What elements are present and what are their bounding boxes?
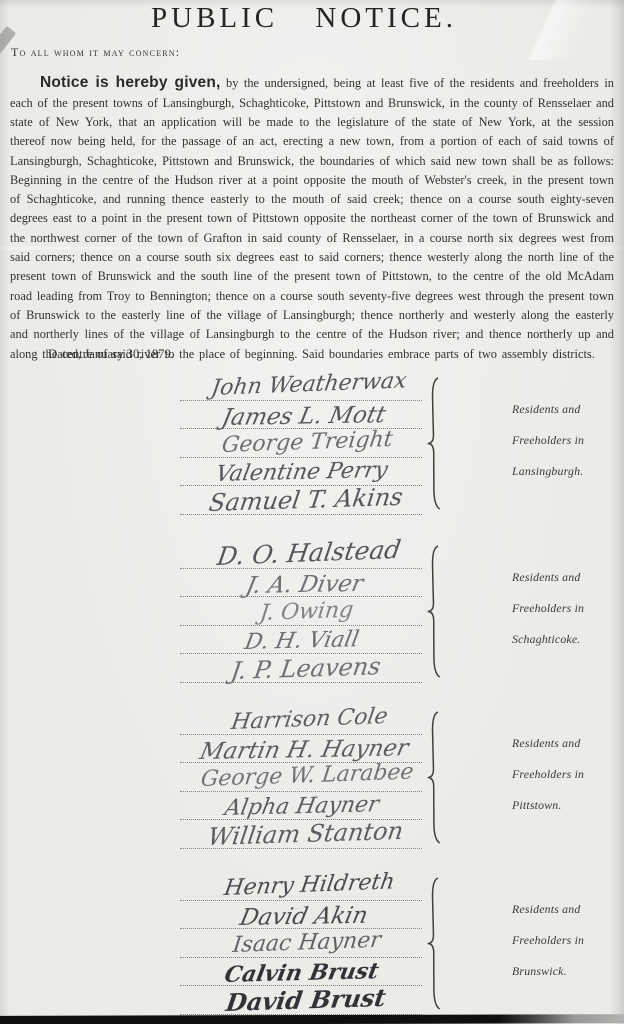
group-label-line: Schaghticoke.: [512, 624, 620, 655]
salutation-line: To all whom it may concern:: [11, 45, 180, 60]
page-title: PUBLIC NOTICE.: [0, 2, 608, 35]
group-label-line: Residents and: [512, 894, 620, 925]
signature-row: David Akin: [180, 901, 422, 930]
signature-name: Samuel T. Akins: [207, 482, 405, 518]
brace-icon: [425, 711, 441, 844]
signature-row: George W. Larabee: [180, 763, 422, 792]
dated-line: Dated, January 30, 1879.: [48, 347, 174, 362]
signature-row: William Stanton: [180, 820, 422, 849]
group-label: Residents and Freeholders in Pittstown.: [512, 728, 620, 821]
notice-body-paragraph: Notice is hereby given, by the undersign…: [10, 73, 614, 363]
notice-lead: Notice is hereby given,: [40, 74, 221, 91]
group-label-line: Freeholders in: [512, 759, 620, 790]
group-label-line: Lansingburgh.: [512, 456, 620, 487]
notice-body-text: by the undersigned, being at least five …: [10, 76, 614, 360]
signature-name: William Stanton: [206, 816, 405, 852]
group-label-line: Residents and: [512, 394, 620, 425]
public-notice-document: PUBLIC NOTICE. To all whom it may concer…: [0, 0, 624, 1024]
signature-row: J. A. Diver: [180, 569, 422, 598]
signature-name: Henry Hildreth: [222, 867, 397, 904]
signature-row: David Brust: [180, 986, 422, 1015]
signature-row: J. Owing: [180, 597, 422, 626]
signature-name: David Brust: [224, 983, 388, 1018]
group-label: Residents and Freeholders in Lansingburg…: [512, 394, 620, 487]
signature-lines: John Weatherwax James L. Mott George Tre…: [180, 372, 422, 515]
brace-icon: [425, 377, 441, 510]
signature-lines: D. O. Halstead J. A. Diver J. Owing D. H…: [180, 540, 422, 683]
signature-row: John Weatherwax: [180, 372, 422, 401]
group-label-line: Residents and: [512, 728, 620, 759]
group-label-line: Freeholders in: [512, 593, 620, 624]
signature-row: D. H. Viall: [180, 626, 422, 655]
signature-row: J. P. Leavens: [180, 654, 422, 683]
group-label-line: Freeholders in: [512, 425, 620, 456]
brace-icon: [425, 545, 441, 678]
signature-row: Henry Hildreth: [180, 872, 422, 901]
signature-row: Isaac Hayner: [180, 929, 422, 958]
signature-name: John Weatherwax: [209, 366, 409, 404]
signature-row: Harrison Cole: [180, 706, 422, 735]
signature-lines: Henry Hildreth David Akin Isaac Hayner C…: [180, 872, 422, 1015]
group-label-line: Residents and: [512, 562, 620, 593]
signature-name: D. O. Halstead: [215, 535, 403, 572]
group-label-line: Brunswick.: [512, 956, 620, 987]
group-label: Residents and Freeholders in Brunswick.: [512, 894, 620, 987]
signature-row: Samuel T. Akins: [180, 486, 422, 515]
group-label-line: Freeholders in: [512, 925, 620, 956]
signature-name: Harrison Cole: [229, 702, 390, 738]
signature-name: George W. Larabee: [199, 758, 415, 796]
signature-lines: Harrison Cole Martin H. Hayner George W.…: [180, 706, 422, 849]
group-label-line: Pittstown.: [512, 790, 620, 821]
scan-edge: [0, 1014, 624, 1024]
group-label: Residents and Freeholders in Schaghticok…: [512, 562, 620, 655]
signature-row: D. O. Halstead: [180, 540, 422, 569]
brace-icon: [425, 877, 441, 1010]
signature-row: George Treight: [180, 429, 422, 458]
signature-name: J. P. Leavens: [229, 652, 383, 687]
signature-name: J. Owing: [258, 596, 355, 629]
